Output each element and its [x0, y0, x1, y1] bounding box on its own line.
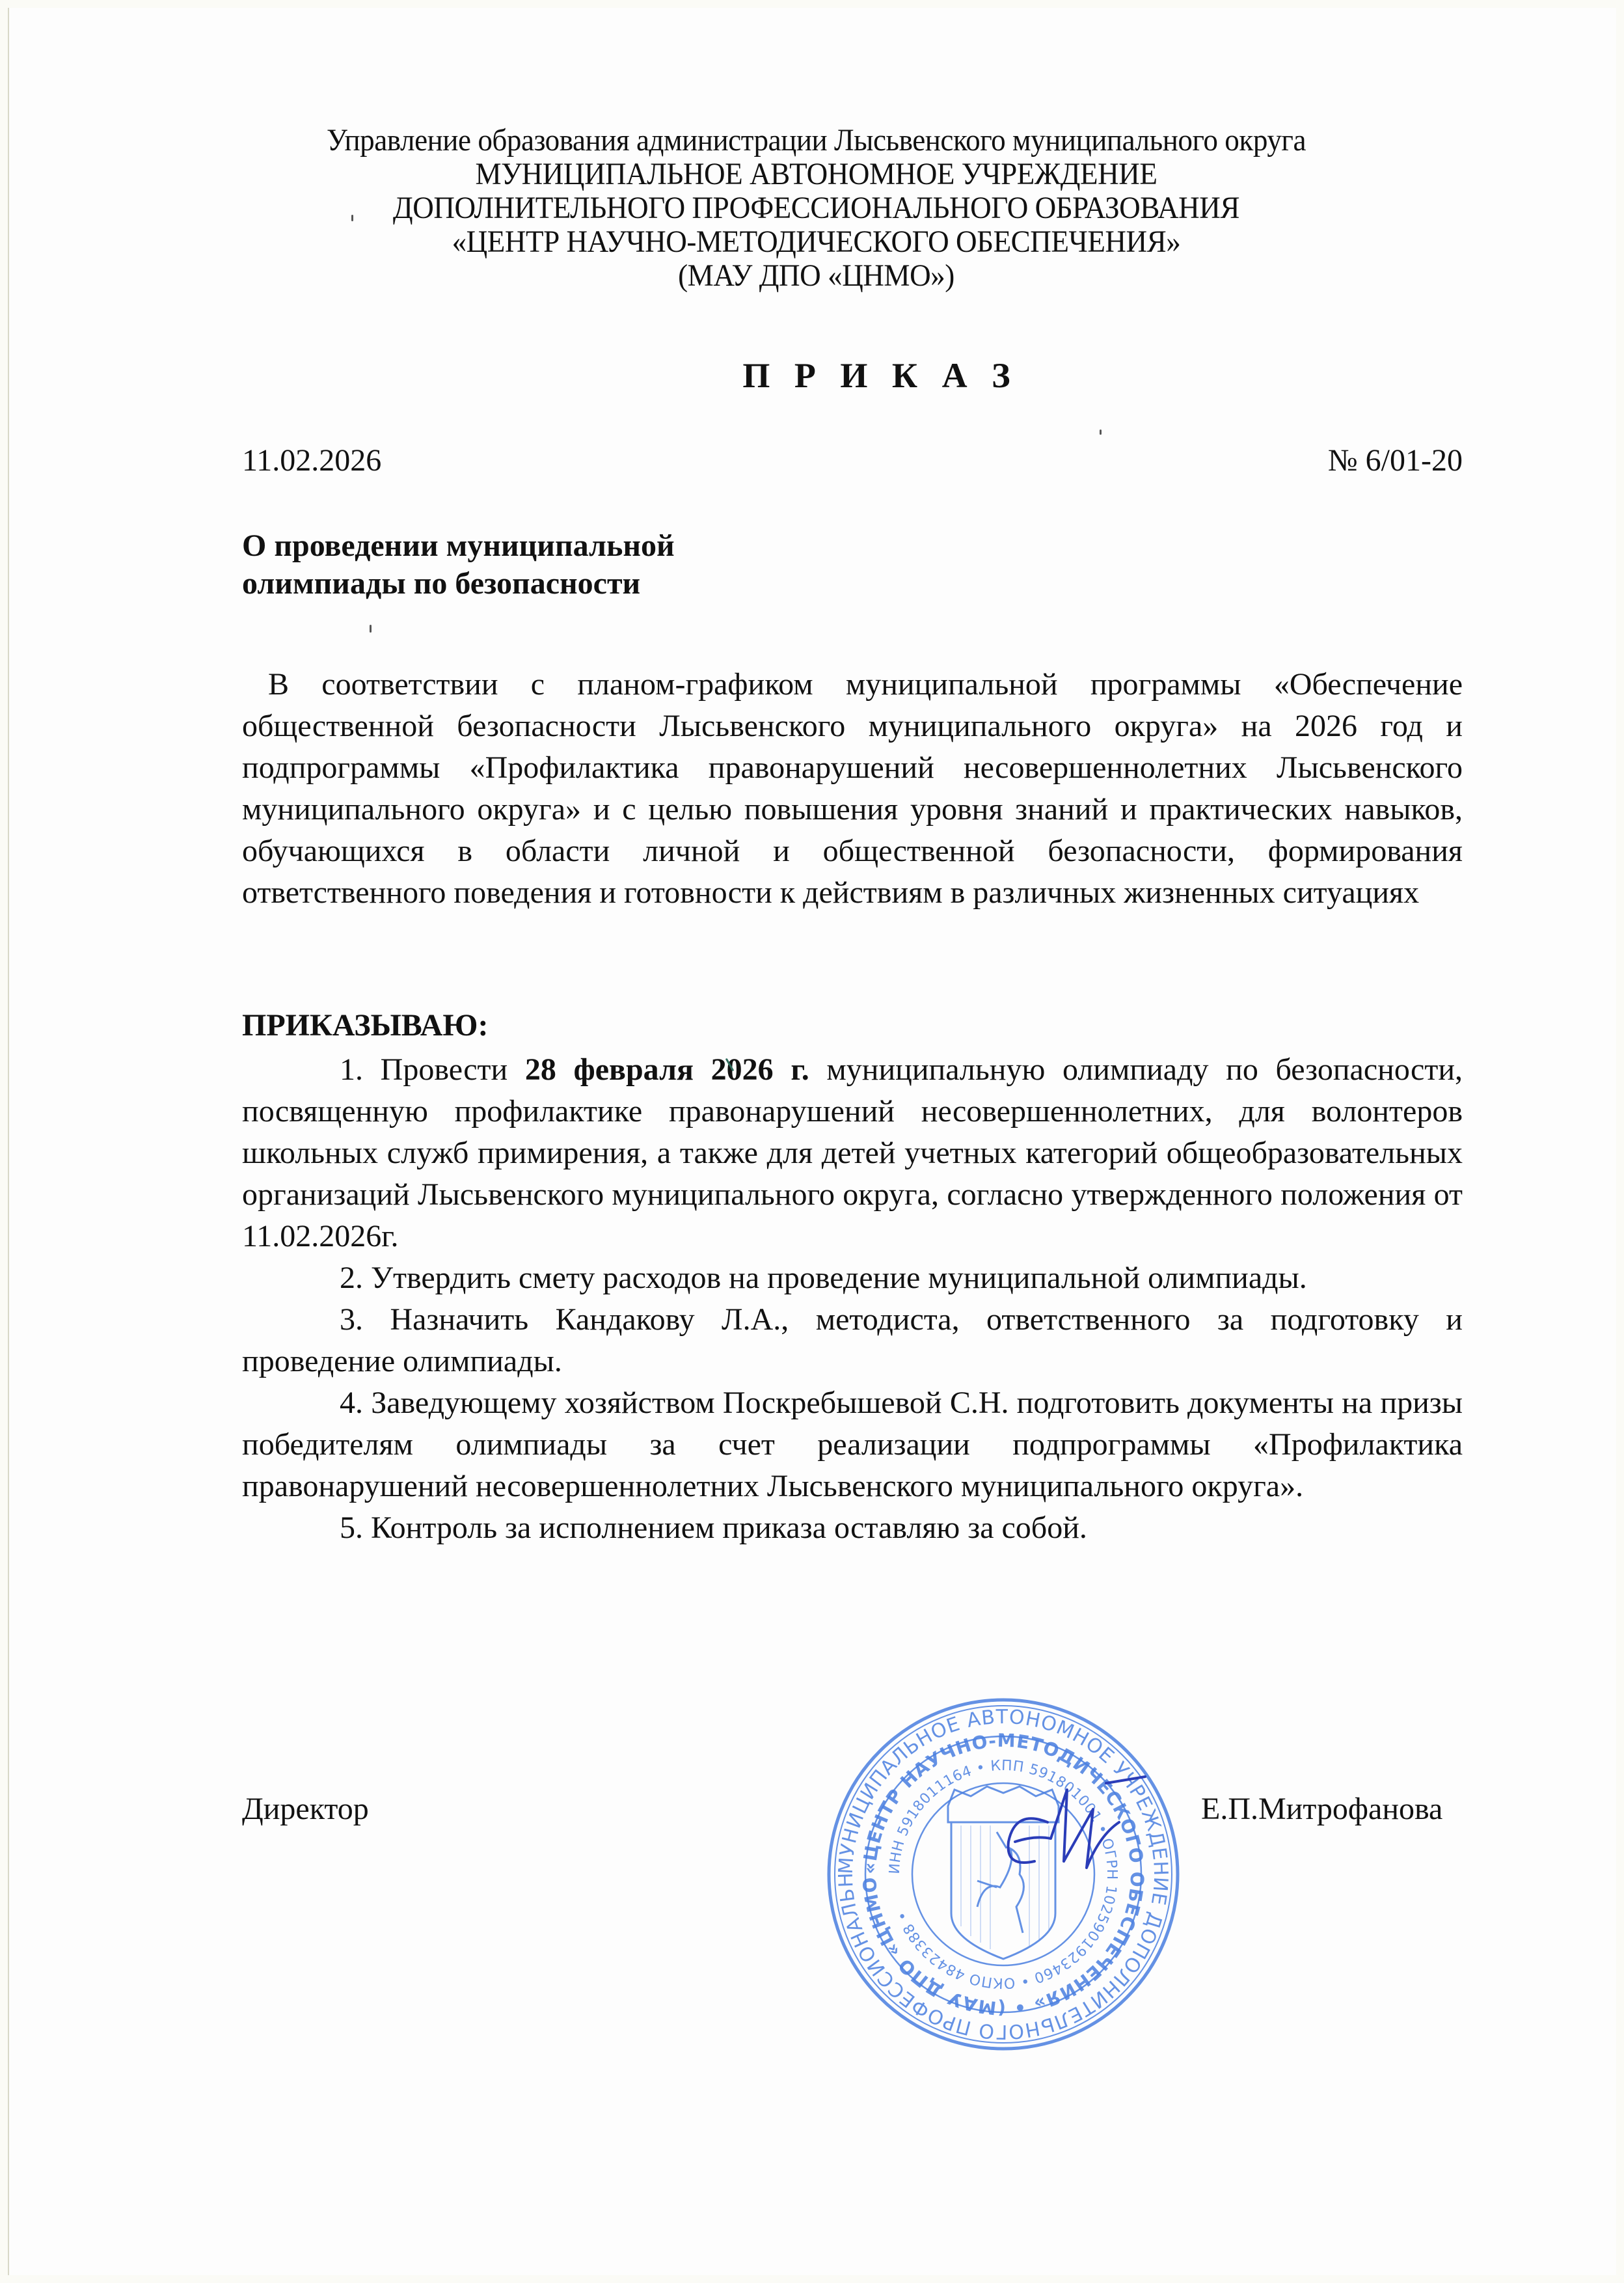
letterhead: Управление образования администрации Лыс…	[53, 124, 1579, 293]
letterhead-org-education: ДОПОЛНИТЕЛЬНОГО ПРОФЕССИОНАЛЬНОГО ОБРАЗО…	[53, 191, 1579, 225]
date-number-row: 11.02.2026 № 6/01-20	[242, 443, 1463, 478]
scan-artifact	[351, 215, 353, 221]
document-date: 11.02.2026	[242, 443, 381, 478]
scan-artifact	[370, 625, 372, 633]
document-number: № 6/01-20	[1328, 443, 1463, 478]
handwritten-signature-icon	[989, 1770, 1152, 1900]
order-item-5: 5. Контроль за исполнением приказа остав…	[242, 1507, 1463, 1549]
order-heading: ПРИКАЗЫВАЮ:	[242, 1007, 488, 1043]
event-date: 28 февраля 2026 г.	[525, 1052, 809, 1087]
letterhead-org-name: «ЦЕНТР НАУЧНО-МЕТОДИЧЕСКОГО ОБЕСПЕЧЕНИЯ»	[53, 225, 1579, 259]
subject-line-1: О проведении муниципальной	[242, 527, 675, 565]
order-item-4: 4. Заведующему хозяйством Поскребышевой …	[242, 1382, 1463, 1507]
document-subject: О проведении муниципальной олимпиады по …	[242, 527, 675, 603]
order-item-3: 3. Назначить Кандакову Л.А., методиста, …	[242, 1299, 1463, 1382]
letterhead-department: Управление образования администрации Лыс…	[53, 124, 1579, 157]
order-items: 1. Провести 28 февраля 2026 г. муниципал…	[242, 1049, 1463, 1549]
scan-artifact	[1100, 430, 1102, 435]
preamble-paragraph: В соответствии с планом-графиком муницип…	[242, 664, 1463, 914]
document-title: П Р И К А З	[0, 355, 1624, 396]
order-item-2: 2. Утвердить смету расходов на проведени…	[242, 1257, 1463, 1299]
order-item-1: 1. Провести 28 февраля 2026 г. муниципал…	[242, 1049, 1463, 1257]
letterhead-org-abbrev: (МАУ ДПО «ЦНМО»)	[53, 259, 1579, 293]
signatory-role: Директор	[242, 1791, 369, 1827]
subject-line-2: олимпиады по безопасности	[242, 565, 675, 603]
signatory-name: Е.П.Митрофанова	[1201, 1791, 1442, 1827]
letterhead-org-type: МУНИЦИПАЛЬНОЕ АВТОНОМНОЕ УЧРЕЖДЕНИЕ	[53, 157, 1579, 191]
